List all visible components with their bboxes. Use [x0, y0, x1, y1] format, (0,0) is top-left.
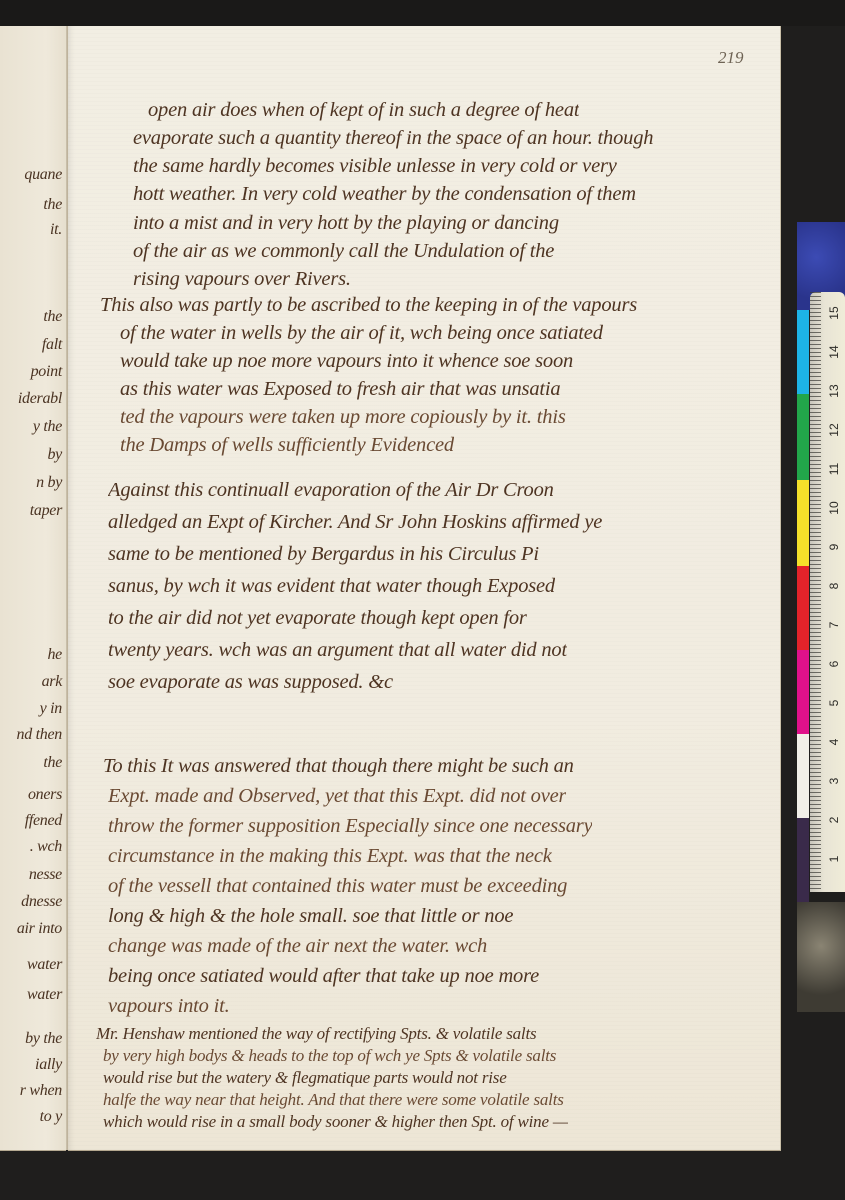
text-line: of the air as we commonly call the Undul… — [133, 237, 554, 265]
text-line: as this water was Exposed to fresh air t… — [120, 375, 560, 403]
left-page-text-fragment: falt — [42, 336, 62, 354]
text-line: would take up noe more vapours into it w… — [120, 347, 573, 375]
left-page-text-fragment: . wch — [30, 838, 62, 856]
left-page-text-fragment: the — [43, 196, 62, 214]
left-page-text-fragment: quane — [24, 166, 62, 184]
left-page-text-fragment: water — [27, 986, 62, 1004]
text-line: alledged an Expt of Kircher. And Sr John… — [108, 508, 602, 536]
ruler-number: 10 — [827, 498, 841, 518]
swatch-white — [797, 734, 809, 818]
ruler-number: 3 — [827, 771, 841, 791]
ruler-number: 1 — [827, 849, 841, 869]
text-line: long & high & the hole small. soe that l… — [108, 902, 513, 930]
text-line: twenty years. wch was an argument that a… — [108, 636, 567, 664]
left-page-text-fragment: oners — [28, 786, 62, 804]
left-page-text-fragment: y in — [40, 700, 62, 718]
left-page-text-fragment: n by — [36, 474, 62, 492]
text-line: same to be mentioned by Bergardus in his… — [108, 540, 539, 568]
left-page-text-fragment: he — [47, 646, 62, 664]
ruler-ticks — [810, 292, 821, 892]
text-line: Expt. made and Observed, yet that this E… — [108, 782, 566, 810]
text-line: of the water in wells by the air of it, … — [120, 319, 603, 347]
text-line: sanus, by wch it was evident that water … — [108, 572, 555, 600]
text-line: change was made of the air next the wate… — [108, 932, 487, 960]
text-line: open air does when of kept of in such a … — [148, 96, 579, 124]
text-line: soe evaporate as was supposed. &c — [108, 668, 393, 696]
text-line: Against this continuall evaporation of t… — [108, 476, 554, 504]
text-line: rising vapours over Rivers. — [133, 265, 351, 293]
left-page-text-fragment: y the — [33, 418, 62, 436]
swatch-yellow — [797, 480, 809, 566]
scan-background-top — [0, 0, 845, 26]
left-page-text-fragment: the — [43, 308, 62, 326]
text-line: This also was partly to be ascribed to t… — [100, 291, 637, 319]
left-page-text-fragment: dnesse — [21, 893, 62, 911]
left-page-text-fragment: by — [47, 446, 62, 464]
left-page-text-fragment: it. — [50, 221, 62, 239]
text-line: being once satiated would after that tak… — [108, 962, 539, 990]
folio-number: 219 — [718, 48, 744, 68]
left-page-text-fragment: r when — [20, 1082, 62, 1100]
text-line: To this It was answered that though ther… — [103, 752, 574, 780]
swatch-magenta — [797, 650, 809, 734]
text-line: evaporate such a quantity thereof in the… — [133, 124, 653, 152]
left-page-text-fragment: ially — [35, 1056, 62, 1074]
text-line: hott weather. In very cold weather by th… — [133, 180, 636, 208]
ruler-number: 12 — [827, 420, 841, 440]
ruler-number: 5 — [827, 693, 841, 713]
ruler-number: 14 — [827, 342, 841, 362]
left-page-text-fragment: nd then — [17, 726, 62, 744]
manuscript-viewer: quanetheit.thefaltpointiderably thebyn b… — [0, 0, 845, 1200]
text-line: of the vessell that contained this water… — [108, 872, 567, 900]
left-page-text-fragment: to y — [40, 1108, 62, 1126]
swatch-cyan — [797, 310, 809, 394]
text-line: to the air did not yet evaporate though … — [108, 604, 527, 632]
left-page-text-fragment: point — [31, 363, 62, 381]
mm-ruler: 151413121110987654321 — [810, 292, 845, 892]
text-line: which would rise in a small body sooner … — [103, 1108, 568, 1136]
text-line: into a mist and in very hott by the play… — [133, 209, 559, 237]
text-line: vapours into it. — [108, 992, 230, 1020]
swatch-dark-purple — [797, 818, 809, 902]
text-line: throw the former supposition Especially … — [108, 812, 592, 840]
text-line: ted the vapours were taken up more copio… — [120, 403, 566, 431]
text-line: the same hardly becomes visible unlesse … — [133, 152, 617, 180]
left-page-text-fragment: ark — [42, 673, 62, 691]
left-page-text-fragment: ffened — [25, 812, 62, 830]
left-page-text-fragment: water — [27, 956, 62, 974]
ruler-number: 6 — [827, 654, 841, 674]
ruler-bottom-patch — [797, 902, 845, 1012]
ruler-number: 15 — [827, 303, 841, 323]
left-page-text-fragment: nesse — [29, 866, 62, 884]
right-page: 219 open air does when of kept of in suc… — [68, 26, 781, 1151]
left-page-text-fragment: taper — [30, 502, 62, 520]
ruler-number: 11 — [827, 459, 841, 479]
ruler-number: 7 — [827, 615, 841, 635]
left-page-text-fragment: by the — [25, 1030, 62, 1048]
left-page-fragment: quanetheit.thefaltpointiderably thebyn b… — [0, 26, 66, 1151]
color-calibration-scale: 151413121110987654321 — [797, 222, 845, 912]
ruler-number: 2 — [827, 810, 841, 830]
swatch-green — [797, 394, 809, 480]
ruler-number: 9 — [827, 537, 841, 557]
swatch-red — [797, 566, 809, 650]
text-line: the Damps of wells sufficiently Evidence… — [120, 431, 454, 459]
left-page-text-fragment: iderabl — [18, 390, 62, 408]
ruler-number: 4 — [827, 732, 841, 752]
ruler-number: 8 — [827, 576, 841, 596]
left-page-text-fragment: air into — [17, 920, 62, 938]
left-page-text-fragment: the — [43, 754, 62, 772]
ruler-number: 13 — [827, 381, 841, 401]
text-line: circumstance in the making this Expt. wa… — [108, 842, 552, 870]
